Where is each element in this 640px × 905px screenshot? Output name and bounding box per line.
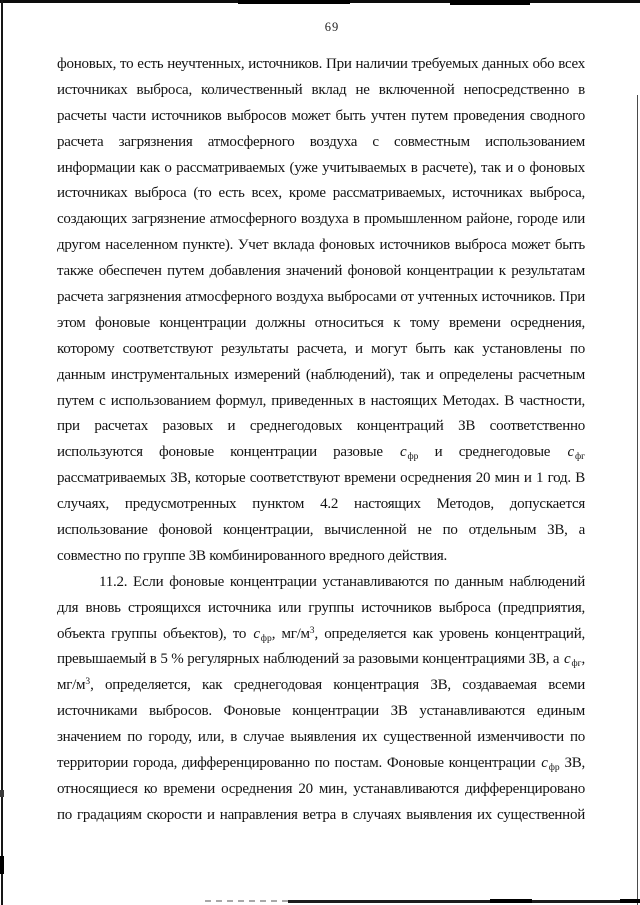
- scan-artifact: [0, 790, 4, 797]
- text-line: источниками выбросов. Фоновые концентрац…: [57, 699, 585, 725]
- text-line: этом фоновые концентрации должны относит…: [57, 311, 585, 337]
- scan-border-bottom-dashes: [205, 900, 289, 902]
- text-line: источниках выброса (то есть всех, кроме …: [57, 181, 585, 207]
- text-line: при расчетах разовых и среднегодовых кон…: [57, 414, 585, 440]
- scan-border-top-thick-segment: [450, 0, 530, 5]
- text-line: расчета загрязнения атмосферного воздуха…: [57, 130, 585, 156]
- text-line: расчета загрязнения атмосферного воздуха…: [57, 285, 585, 311]
- text-line: также обеспечен путем добавления значени…: [57, 259, 585, 285]
- text-line: другом населенном пункте). Учет вклада ф…: [57, 233, 585, 259]
- text-line: использование фоновой концентрации, вычи…: [57, 518, 585, 544]
- scan-artifact: [0, 856, 4, 874]
- scan-border-bottom: [288, 900, 640, 903]
- text-line: совместно по группе ЗВ комбинированного …: [57, 544, 585, 570]
- text-line: по градациям скорости и направления ветр…: [57, 803, 585, 829]
- scan-border-top-thick-segment: [238, 0, 350, 4]
- scan-artifact: [620, 899, 640, 903]
- text-line: информации как о рассматриваемых (уже уч…: [57, 156, 585, 182]
- text-line: используются фоновые концентрации разовы…: [57, 440, 585, 466]
- text-line: для вновь строящихся источника или групп…: [57, 596, 585, 622]
- text-line: объекта группы объектов), то cфр, мг/м3,…: [57, 622, 585, 648]
- text-line: 11.2. Если фоновые концентрации устанавл…: [57, 570, 585, 596]
- page-number: 69: [57, 20, 585, 35]
- text-line: случаях, предусмотренных пунктом 4.2 нас…: [57, 492, 585, 518]
- text-line: которому соответствуют результаты расчет…: [57, 337, 585, 363]
- text-body: фоновых, то есть неучтенных, источников.…: [57, 52, 585, 829]
- scan-artifact: [490, 899, 532, 903]
- text-line: фоновых, то есть неучтенных, источников.…: [57, 52, 585, 78]
- text-line: данным инструментальных измерений (наблю…: [57, 363, 585, 389]
- document-page: { "page": { "number": "69", "ink_color":…: [0, 0, 640, 905]
- text-line: превышаемый в 5 % регулярных наблюдений …: [57, 647, 585, 673]
- scan-border-left: [1, 0, 3, 905]
- text-line: источниках выброса, количественный вклад…: [57, 78, 585, 104]
- text-line: территории города, дифференцированно по …: [57, 751, 585, 777]
- text-line: расчеты части источников выбросов может …: [57, 104, 585, 130]
- text-line: создающих загрязнение атмосферного возду…: [57, 207, 585, 233]
- text-line: путем с использованием формул, приведенн…: [57, 389, 585, 415]
- text-line: относящиеся ко времени осреднения 20 мин…: [57, 777, 585, 803]
- text-line: рассматриваемых ЗВ, которые соответствую…: [57, 466, 585, 492]
- scan-border-right: [637, 95, 639, 905]
- text-line: значением по городу, или, в случае выявл…: [57, 725, 585, 751]
- text-line: мг/м3, определяется, как среднегодовая к…: [57, 673, 585, 699]
